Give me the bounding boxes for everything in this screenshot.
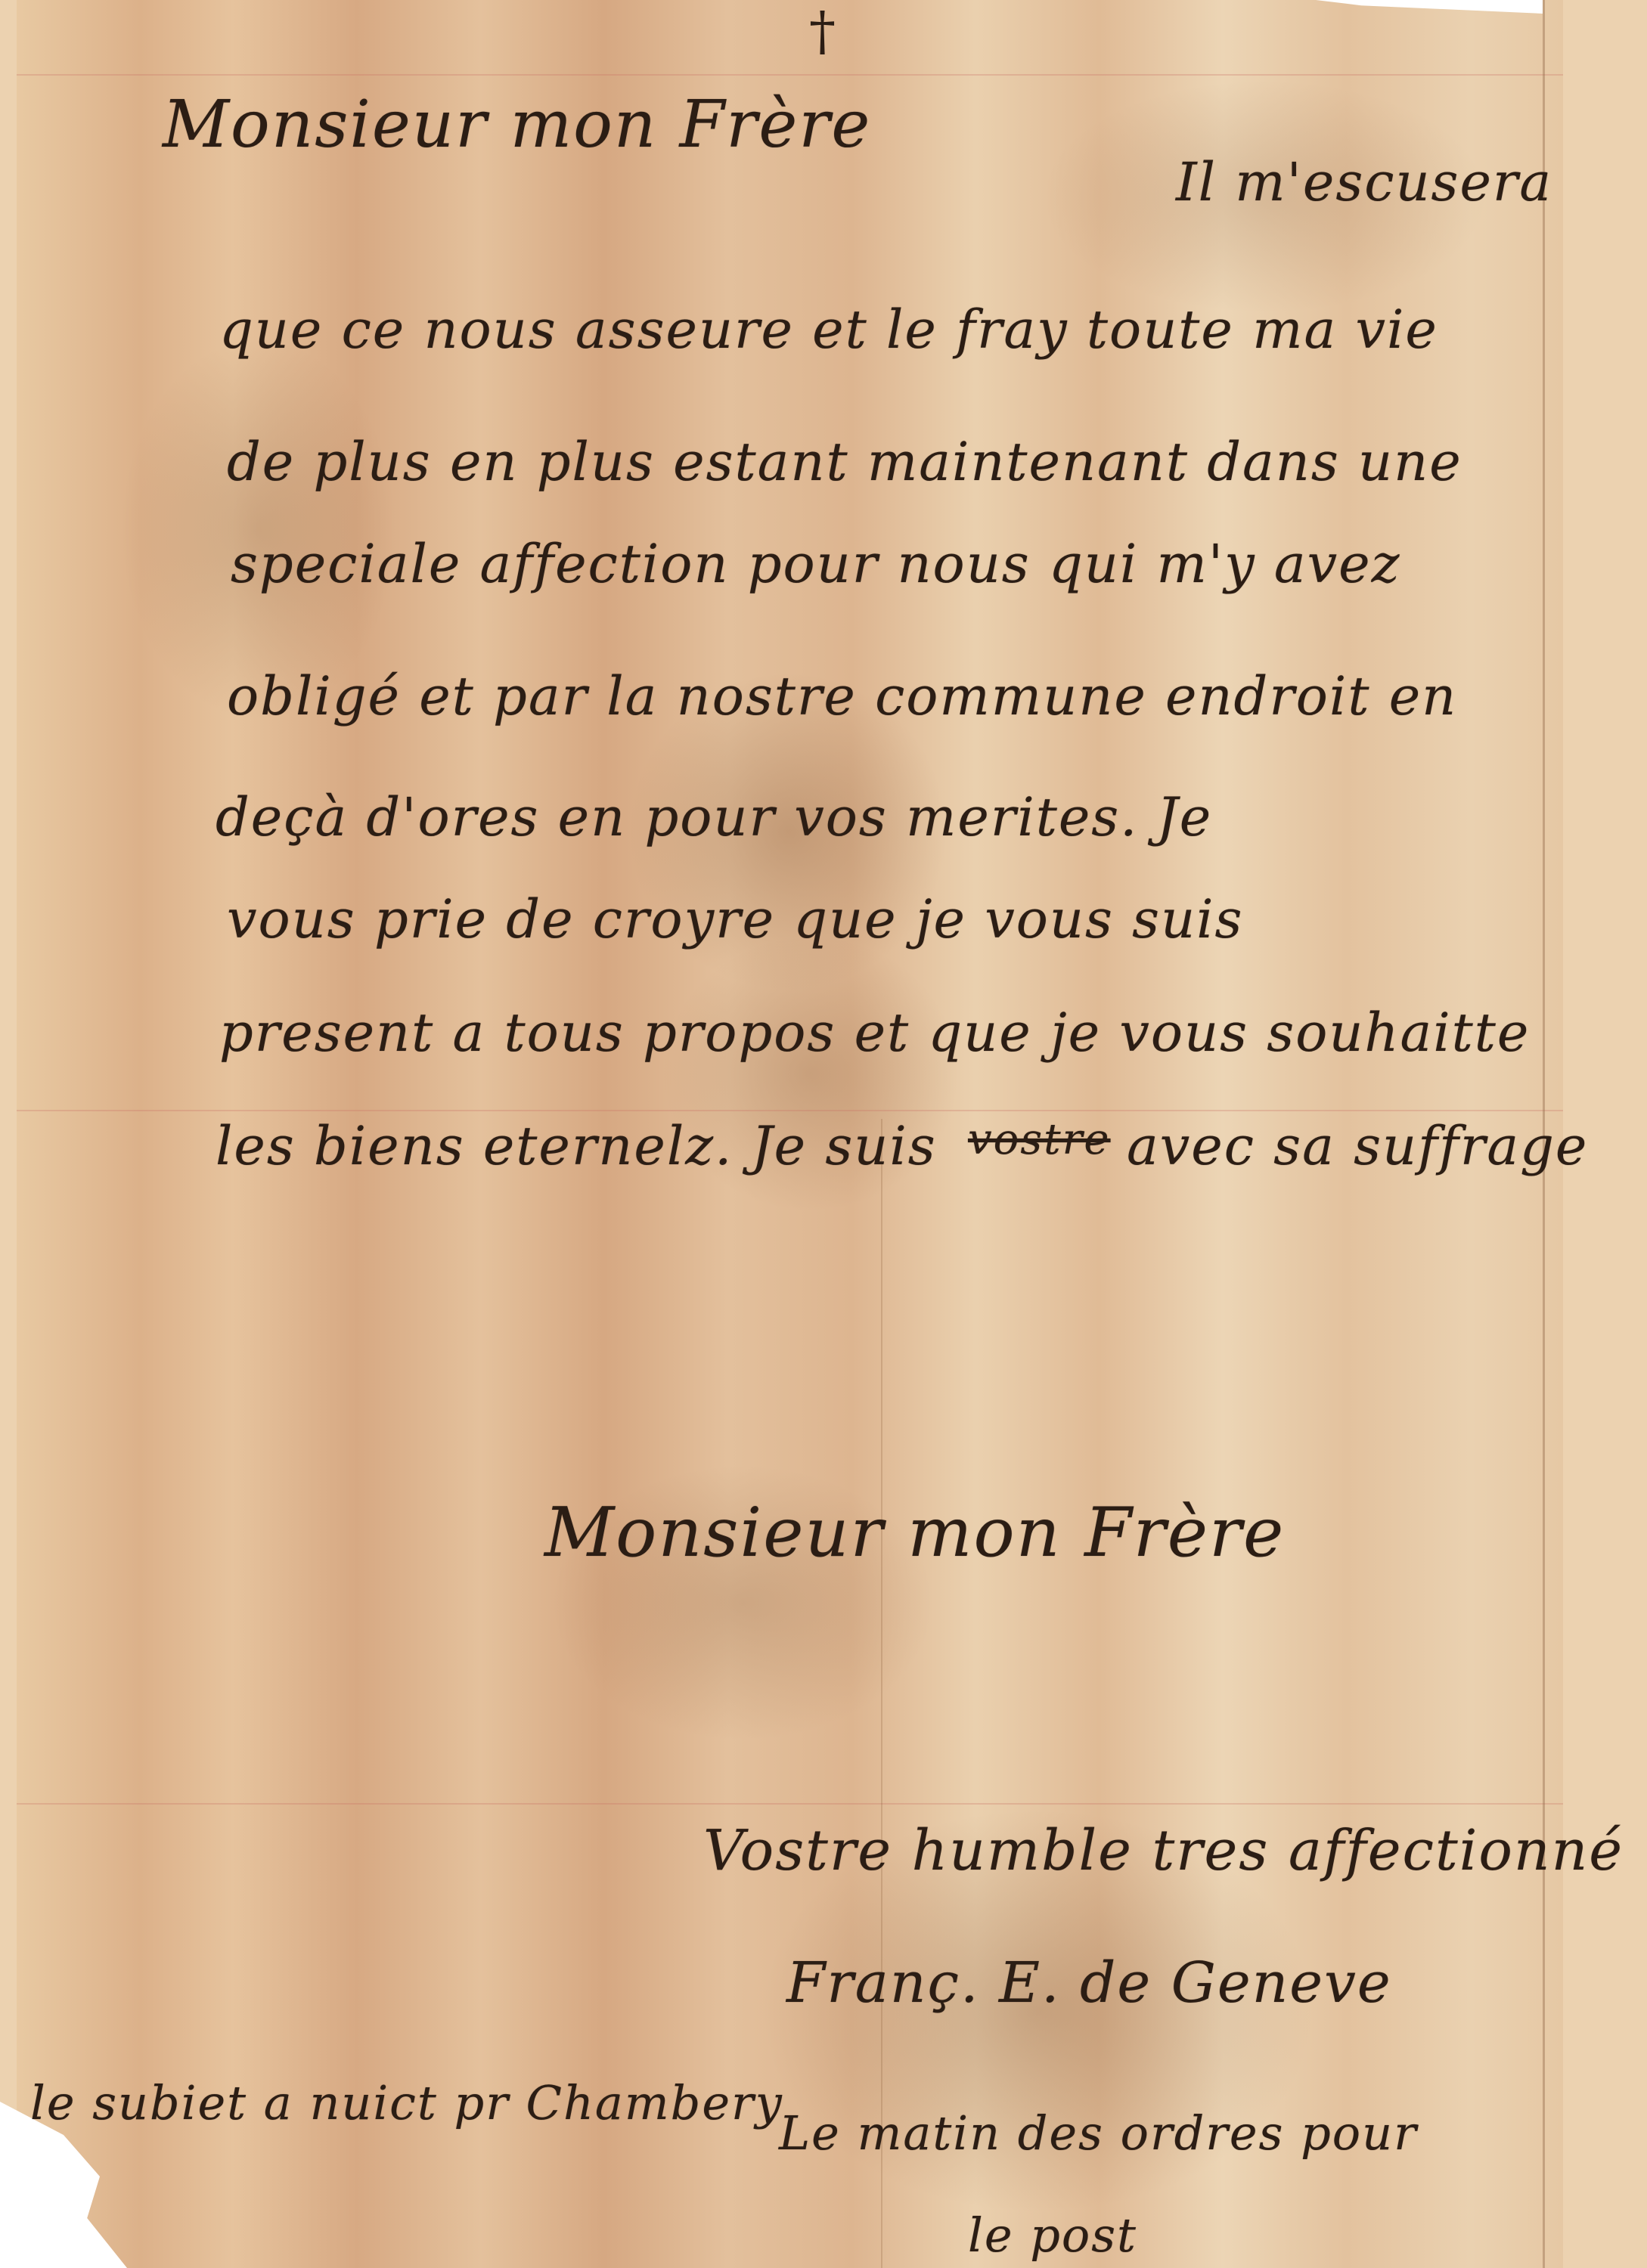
closing-line-1: Vostre humble tres affectionné (703, 1818, 1624, 1883)
fold-crease (881, 1119, 882, 2268)
ruled-line (17, 74, 1563, 76)
signature: Franç. E. de Geneve (786, 1950, 1392, 2015)
ruled-line (17, 1110, 1563, 1111)
body-line-9: avec sa suffrage (1127, 1115, 1588, 1177)
ruled-line (17, 1803, 1563, 1805)
body-line-7: present a tous propos et que je vous sou… (219, 1002, 1530, 1064)
body-line-1: que ce nous asseure et le fray toute ma … (219, 299, 1438, 361)
body-line-3: speciale affection pour nous qui m'y ave… (231, 533, 1401, 595)
margin-note-right-1: Le matin des ordres pour (779, 2105, 1418, 2161)
salutation: Monsieur mon Frère (163, 87, 871, 163)
body-line-8: les biens eternelz. Je suis (216, 1115, 937, 1177)
body-line-2: de plus en plus estant maintenant dans u… (227, 431, 1462, 493)
struck-word: vostre (968, 1115, 1111, 1164)
second-salutation: Monsieur mon Frère (544, 1493, 1285, 1572)
margin-note-left: le subiet a nuict pr Chambery (30, 2075, 783, 2130)
margin-note-right-2: le post (968, 2208, 1137, 2263)
body-line-4: obligé et par la nostre commune endroit … (227, 665, 1457, 727)
body-line-6: vous prie de croyre que je vous suis (227, 888, 1243, 950)
opening-phrase: Il m'escusera (1176, 151, 1552, 213)
body-line-5: deçà d'ores en pour vos merites. Je (216, 786, 1212, 848)
cross-mark-icon: † (809, 0, 836, 62)
